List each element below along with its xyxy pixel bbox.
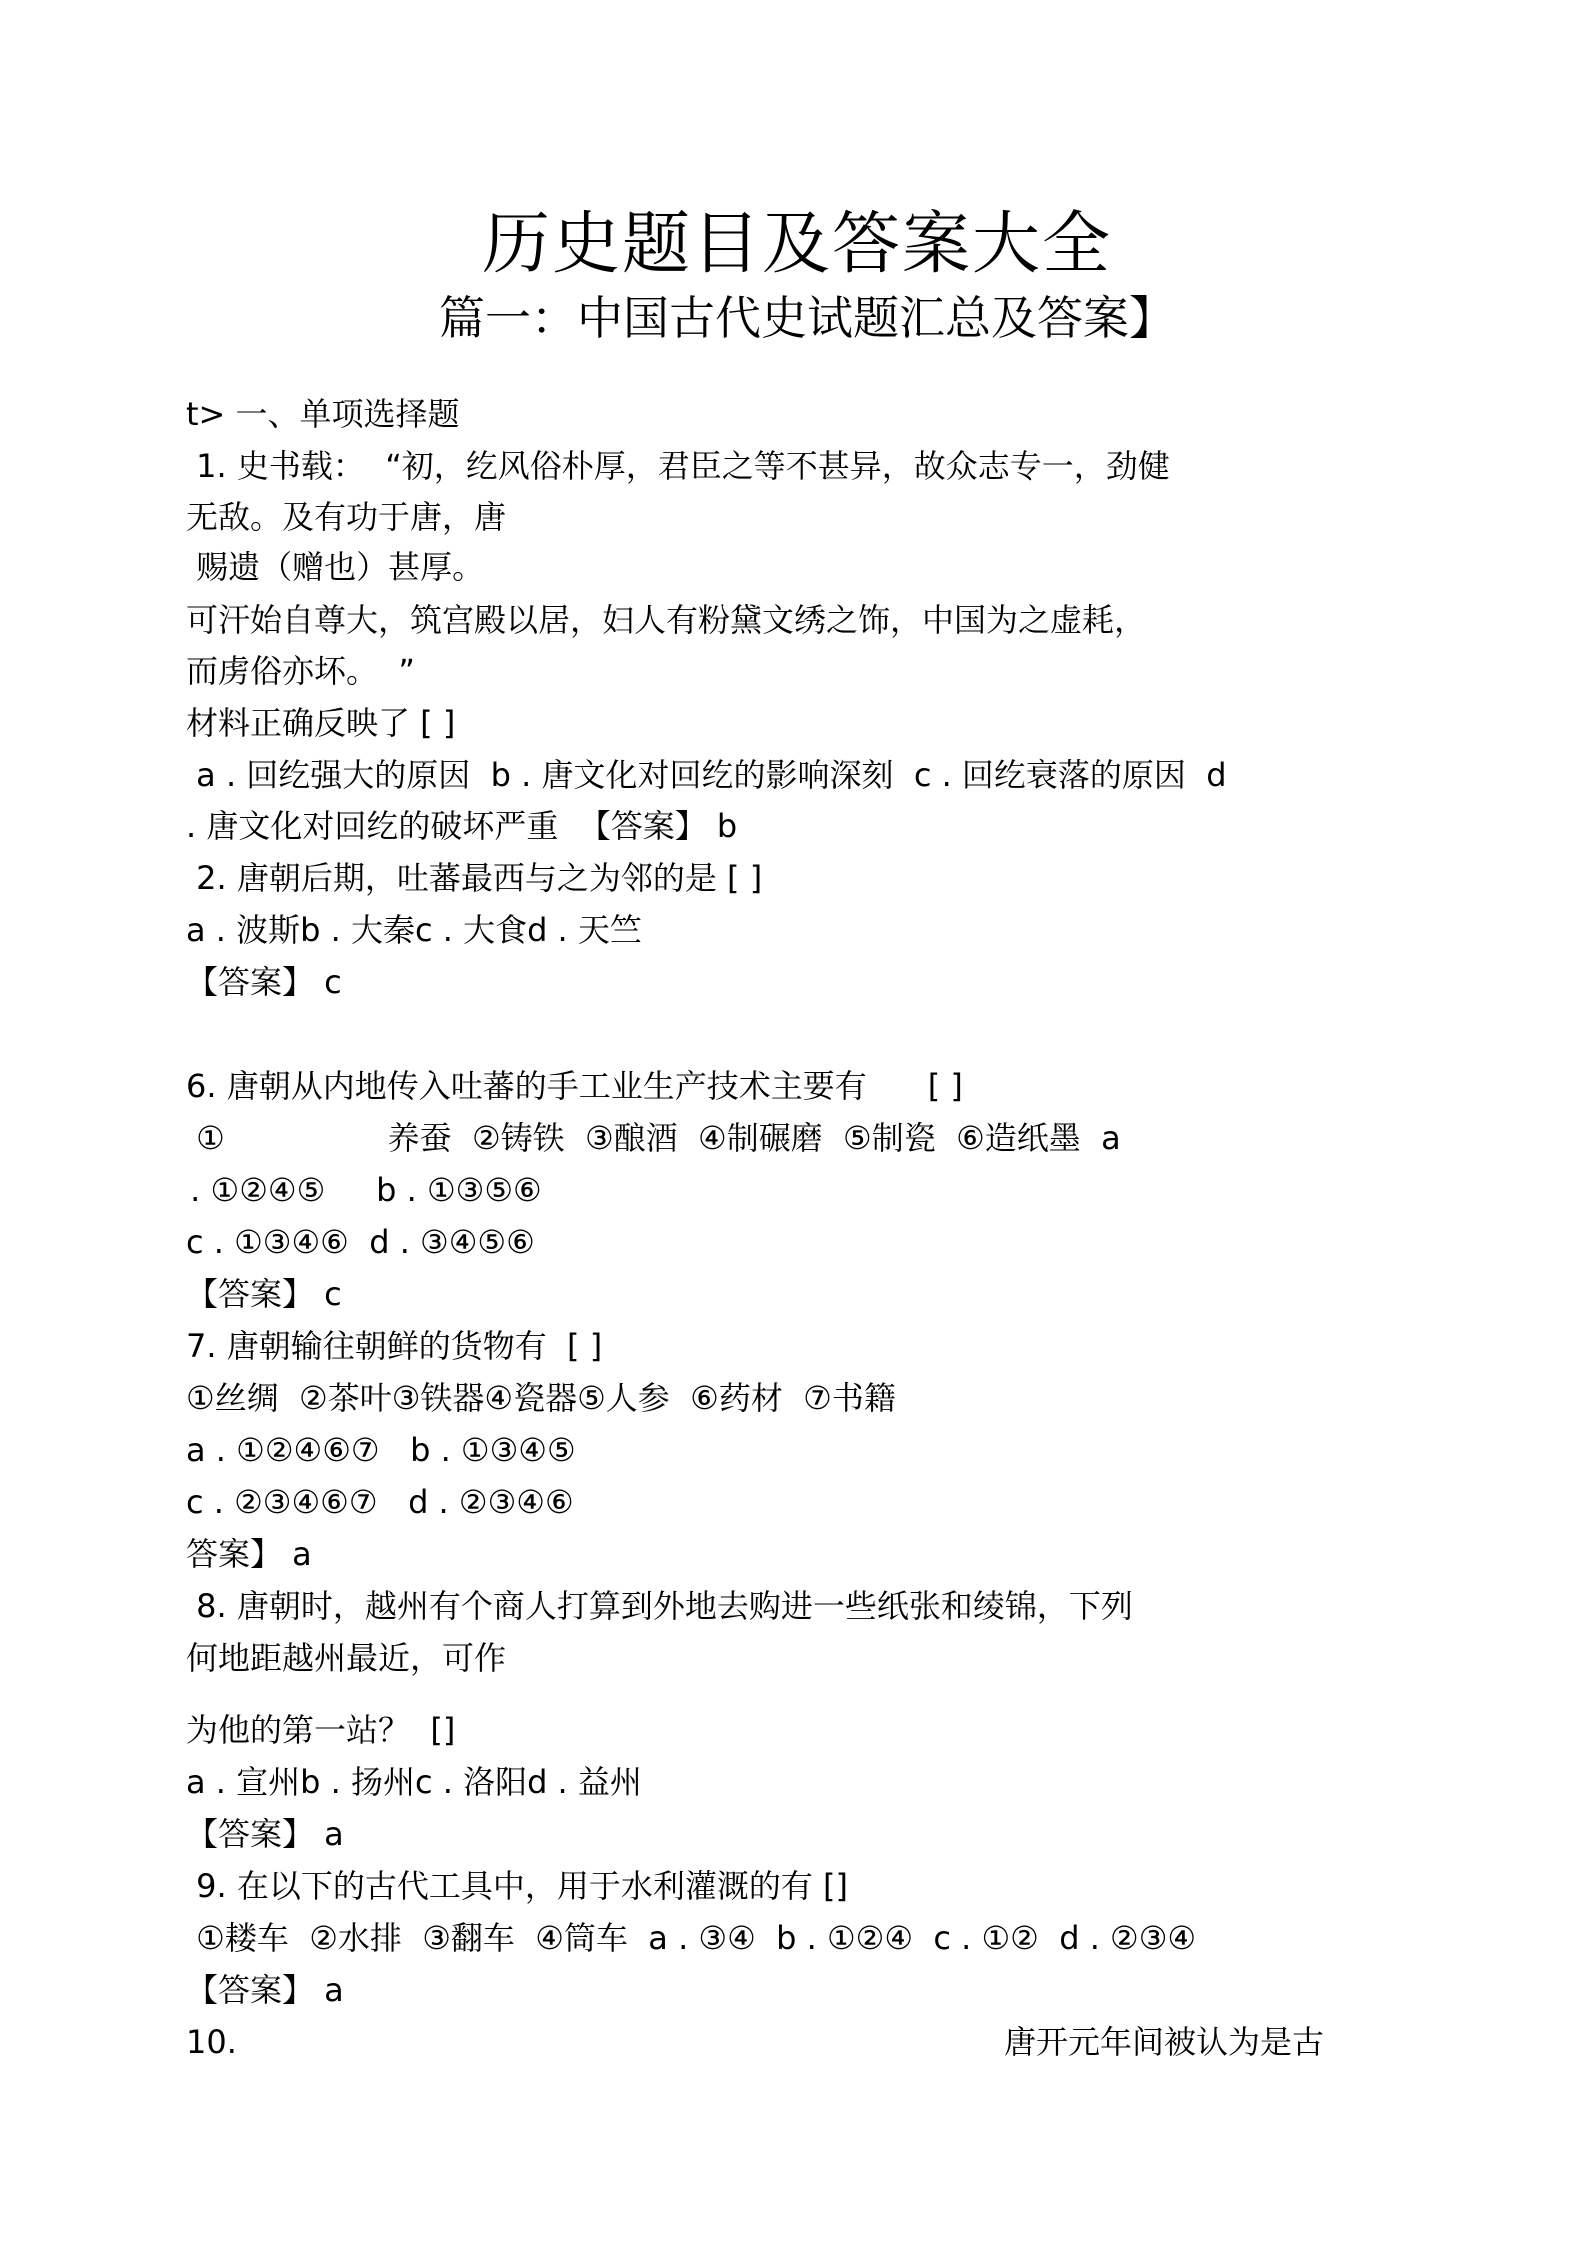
text-line: c . ②③④⑥⑦ d . ②③④⑥ (186, 1482, 574, 1522)
text-line: 答案】 a (186, 1534, 312, 1574)
text-line: ①耧车 ②水排 ③翻车 ④筒车 a . ③④ b . ①②④ c . ①② d … (186, 1918, 1196, 1958)
text-line: a . 波斯b . 大秦c . 大食d . 天竺 (186, 910, 642, 950)
text-line: 【答案】 a (186, 1970, 344, 2010)
text-line: 无敌。及有功于唐，唐 (186, 497, 506, 537)
text-line: t> 一、单项选择题 (186, 394, 460, 434)
text-line: a . 宣州b . 扬州c . 洛阳d . 益州 (186, 1762, 642, 1802)
text-line-fragment: 唐开元年间被认为是古 (1004, 2022, 1324, 2062)
text-line: 而虏俗亦坏。 ” (186, 651, 415, 691)
text-line: 8. 唐朝时，越州有个商人打算到外地去购进一些纸张和绫锦，下列 (186, 1586, 1133, 1626)
text-line: c . ①③④⑥ d . ③④⑤⑥ (186, 1222, 535, 1262)
text-line: 10. (186, 2022, 237, 2062)
text-line: . ①②④⑤ b . ①③⑤⑥ (180, 1170, 542, 1210)
text-line: 9. 在以下的古代工具中，用于水利灌溉的有 [] (186, 1866, 848, 1906)
text-line: a . 回纥强大的原因 b . 唐文化对回纥的影响深刻 c . 回纥衰落的原因 … (186, 755, 1227, 795)
text-line: ①丝绸 ②茶叶③铁器④瓷器⑤人参 ⑥药材 ⑦书籍 (186, 1378, 896, 1418)
text-line: 为他的第一站？ [] (186, 1710, 455, 1750)
text-line: ① 养蚕 ②铸铁 ③酿酒 ④制碾磨 ⑤制瓷 ⑥造纸墨 a (186, 1118, 1121, 1158)
text-line: 1. 史书载： “初，纥风俗朴厚，君臣之等不甚异，故众志专一，劲健 (186, 446, 1170, 486)
text-line: 赐遗（赠也）甚厚。 (186, 547, 484, 587)
text-line: . 唐文化对回纥的破坏严重 【答案】 b (186, 806, 737, 846)
text-line: a . ①②④⑥⑦ b . ①③④⑤ (186, 1430, 576, 1470)
text-line: 2. 唐朝后期，吐蕃最西与之为邻的是 [ ] (186, 858, 762, 898)
text-line: 可汗始自尊大，筑宫殿以居，妇人有粉黛文绣之饰，中国为之虚耗， (186, 600, 1146, 640)
document-title: 历史题目及答案大全 (0, 200, 1594, 290)
text-line: 7. 唐朝输往朝鲜的货物有 [ ] (186, 1326, 602, 1366)
text-line: 【答案】 c (186, 962, 342, 1002)
text-line: 材料正确反映了 [ ] (186, 703, 455, 743)
text-line: 6. 唐朝从内地传入吐蕃的手工业生产技术主要有 [ ] (186, 1066, 963, 1106)
text-line: 【答案】 a (186, 1814, 344, 1854)
text-line: 【答案】 c (186, 1274, 342, 1314)
text-line: 何地距越州最近，可作 (186, 1638, 506, 1678)
document-subtitle: 篇一：中国古代史试题汇总及答案】 (0, 286, 1594, 350)
